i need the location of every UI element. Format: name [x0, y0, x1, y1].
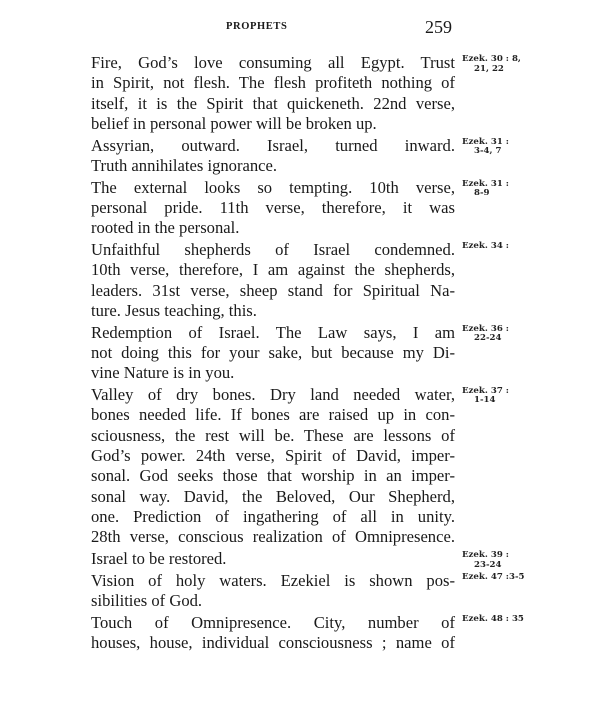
text-line: rooted in the personal. [66, 218, 455, 238]
text-line: 28th verse, conscious realization of Omn… [66, 527, 455, 547]
paragraph-shepherds: Unfaithful shepherds of Israel condemned… [66, 240, 455, 321]
text-line: ture. Jesus teaching, this. [66, 301, 455, 321]
paragraph-assyrian: Assyrian, outward. Israel, turned inward… [66, 136, 455, 177]
text-line: Israel to be restored. [66, 549, 455, 569]
paragraph-dry-bones: Valley of dry bones. Dry land needed wat… [66, 385, 455, 548]
reference-line: 3-4, 7 [462, 147, 509, 157]
text-line: personal pride. 11th verse, therefore, i… [66, 198, 455, 218]
text-line: belief in personal power will be broken … [66, 114, 455, 134]
text-line: The external looks so tempting. 10th ver… [66, 178, 455, 198]
text-line: leaders. 31st verse, sheep stand for Spi… [66, 281, 455, 301]
reference-line: Ezek. 47 :3-5 [462, 572, 525, 582]
page-number: 259 [425, 17, 452, 38]
text-line: Valley of dry bones. Dry land needed wat… [66, 385, 455, 405]
margin-reference: Ezek. 47 :3-5 [462, 573, 525, 583]
text-line: in Spirit, not flesh. The flesh profitet… [66, 73, 455, 93]
margin-reference: Ezek. 31 : 3-4, 7 [462, 138, 509, 157]
text-line: Fire, God’s love consuming all Egypt. Tr… [66, 53, 455, 73]
paragraph-fire-egypt: Fire, God’s love consuming all Egypt. Tr… [66, 53, 455, 134]
reference-line: 22-24 [462, 334, 509, 344]
text-line: 10th verse, therefore, I am against the … [66, 260, 455, 280]
paragraph-israel-restored: Israel to be restored. Ezek. 39 : 23-24 [66, 549, 455, 569]
reference-line: Ezek. 39 : [462, 550, 509, 560]
text-line: Unfaithful shepherds of Israel condemned… [66, 240, 455, 260]
reference-line: 1-14 [462, 396, 509, 406]
text-line: God’s power. 24th verse, Spirit of David… [66, 446, 455, 466]
margin-reference: Ezek. 39 : 23-24 [462, 551, 509, 570]
text-line: vine Nature is in you. [66, 363, 455, 383]
text-line: sibilities of God. [66, 591, 455, 611]
margin-reference: Ezek. 48 : 35 [462, 615, 524, 625]
paragraph-holy-waters: Vision of holy waters. Ezekiel is shown … [66, 571, 455, 612]
reference-line: Ezek. 48 : 35 [462, 614, 524, 624]
reference-line: 23-24 [462, 561, 509, 571]
running-title: PROPHETS [226, 21, 287, 32]
text-line: sonal. God seeks those that worship in a… [66, 466, 455, 486]
reference-line: Ezek. 31 : [462, 137, 509, 147]
reference-line: Ezek. 31 : [462, 179, 509, 189]
paragraph-external: The external looks so tempting. 10th ver… [66, 178, 455, 239]
reference-line: 8-9 [462, 189, 509, 199]
text-column: Fire, God’s love consuming all Egypt. Tr… [66, 53, 455, 655]
text-line: Redemption of Israel. The Law says, I am [66, 323, 455, 343]
text-line: Truth annihilates ignorance. [66, 156, 455, 176]
reference-line: 21, 22 [462, 65, 521, 75]
reference-line: Ezek. 34 : [462, 241, 509, 251]
text-line: Touch of Omnipresence. City, number of [66, 613, 455, 633]
text-line: Assyrian, outward. Israel, turned inward… [66, 136, 455, 156]
reference-line: Ezek. 30 : 8, [462, 54, 521, 64]
reference-line: Ezek. 36 : [462, 324, 509, 334]
text-line: one. Prediction of ingathering of all in… [66, 507, 455, 527]
margin-reference: Ezek. 31 : 8-9 [462, 180, 509, 199]
text-line: itself, it is the Spirit that quickeneth… [66, 94, 455, 114]
margin-reference: Ezek. 30 : 8, 21, 22 [462, 55, 521, 74]
text-line: Vision of holy waters. Ezekiel is shown … [66, 571, 455, 591]
margin-reference: Ezek. 34 : [462, 242, 509, 252]
margin-reference: Ezek. 37 : 1-14 [462, 387, 509, 406]
text-line: not doing this for your sake, but becaus… [66, 343, 455, 363]
paragraph-redemption: Redemption of Israel. The Law says, I am… [66, 323, 455, 384]
margin-reference: Ezek. 36 : 22-24 [462, 325, 509, 344]
text-line: houses, house, individual consciousness … [66, 633, 455, 653]
print-speck [397, 645, 399, 648]
reference-line: Ezek. 37 : [462, 386, 509, 396]
text-line: sciousness, the rest will be. These are … [66, 426, 455, 446]
text-line: sonal way. David, the Beloved, Our Sheph… [66, 487, 455, 507]
text-line: bones needed life. If bones are raised u… [66, 405, 455, 425]
running-head: PROPHETS 259 [0, 17, 600, 37]
